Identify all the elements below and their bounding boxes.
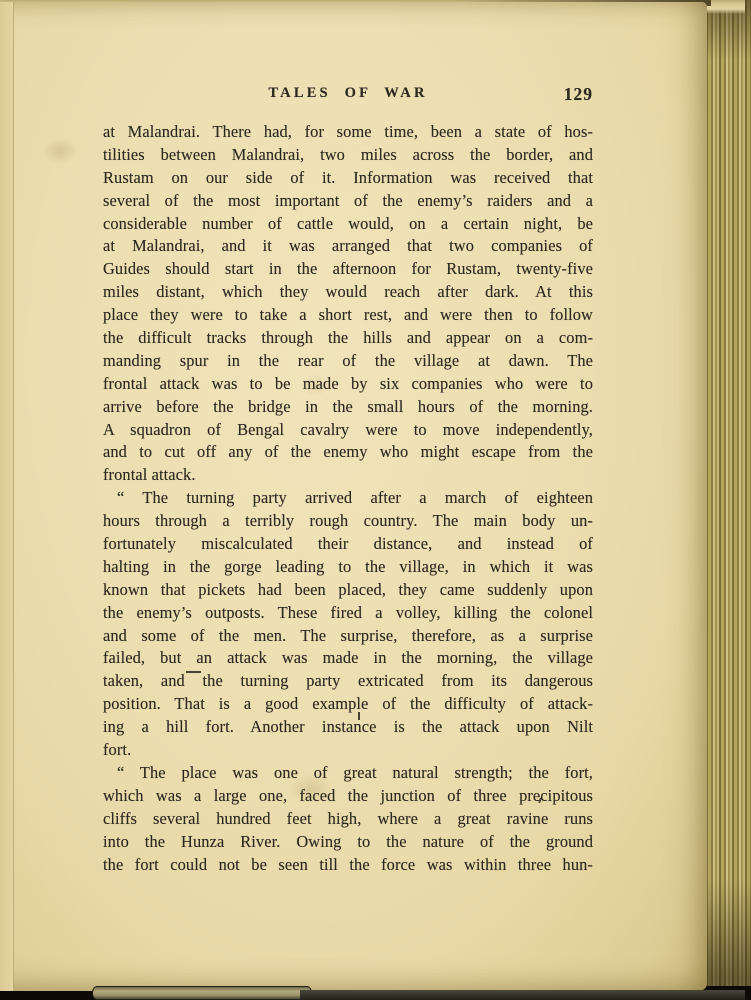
text-line: the enemy’s outposts. These fired a voll… — [103, 602, 593, 625]
page-text: at Malandrai. There had, for some time, … — [103, 121, 593, 876]
text-line: at Malandrai. There had, for some time, … — [103, 121, 593, 144]
text-line: considerable number of cattle would, on … — [103, 213, 593, 236]
ink-smudge-mark — [186, 671, 201, 673]
text-line: halting in the gorge leading to the vill… — [103, 556, 593, 579]
text-line: Rustam on our side of it. Information wa… — [103, 167, 593, 190]
text-line: several of the most important of the ene… — [103, 190, 593, 213]
text-line: Guides should start in the afternoon for… — [103, 258, 593, 281]
text-line: place they were to take a short rest, an… — [103, 304, 593, 327]
book-cradle-bar — [92, 986, 312, 1000]
text-line: frontal attack was to be made by six com… — [103, 373, 593, 396]
ink-tick-mark — [358, 712, 360, 720]
text-line: frontal attack. — [103, 464, 593, 487]
text-line: tilities between Malandrai, two miles ac… — [103, 144, 593, 167]
text-line: and some of the men. The surprise, there… — [103, 625, 593, 648]
running-title: TALES OF WAR — [268, 85, 427, 102]
text-line: into the Hunza River. Owing to the natur… — [103, 831, 593, 854]
page-number: 129 — [564, 84, 593, 105]
text-line: position. That is a good example of the … — [103, 693, 593, 716]
text-line: arrive before the bridge in the small ho… — [103, 396, 593, 419]
text-line: miles distant, which they would reach af… — [103, 281, 593, 304]
text-line: at Malandrai, and it was arranged that t… — [103, 235, 593, 258]
text-line: which was a large one, faced the junctio… — [103, 785, 593, 808]
text-line: fort. — [103, 739, 593, 762]
text-line: manding spur in the rear of the village … — [103, 350, 593, 373]
text-line: hours through a terribly rough country. … — [103, 510, 593, 533]
text-line: fortunately miscalculated their distance… — [103, 533, 593, 556]
text-line: ing a hill fort. Another instance is the… — [103, 716, 593, 739]
text-line: “ The turning party arrived after a marc… — [103, 487, 593, 510]
text-line: taken, and the turning party extricated … — [103, 670, 593, 693]
text-line: cliffs several hundred feet high, where … — [103, 808, 593, 831]
text-line: known that pickets had been placed, they… — [103, 579, 593, 602]
text-line: failed, but an attack was made in the mo… — [103, 647, 593, 670]
text-line: the fort could not be seen till the forc… — [103, 854, 593, 877]
text-line: the difficult tracks through the hills a… — [103, 327, 593, 350]
text-line: “ The place was one of great natural str… — [103, 762, 593, 785]
text-line: A squadron of Bengal cavalry were to mov… — [103, 419, 593, 442]
page-gutter-edge — [0, 2, 14, 991]
text-column: TALES OF WAR 129 at Malandrai. There had… — [103, 84, 593, 876]
paper-stain — [42, 138, 78, 164]
page-header: TALES OF WAR 129 — [103, 84, 593, 121]
bottom-shadow-band — [300, 990, 745, 1000]
text-line: and to cut off any of the enemy who migh… — [103, 441, 593, 464]
